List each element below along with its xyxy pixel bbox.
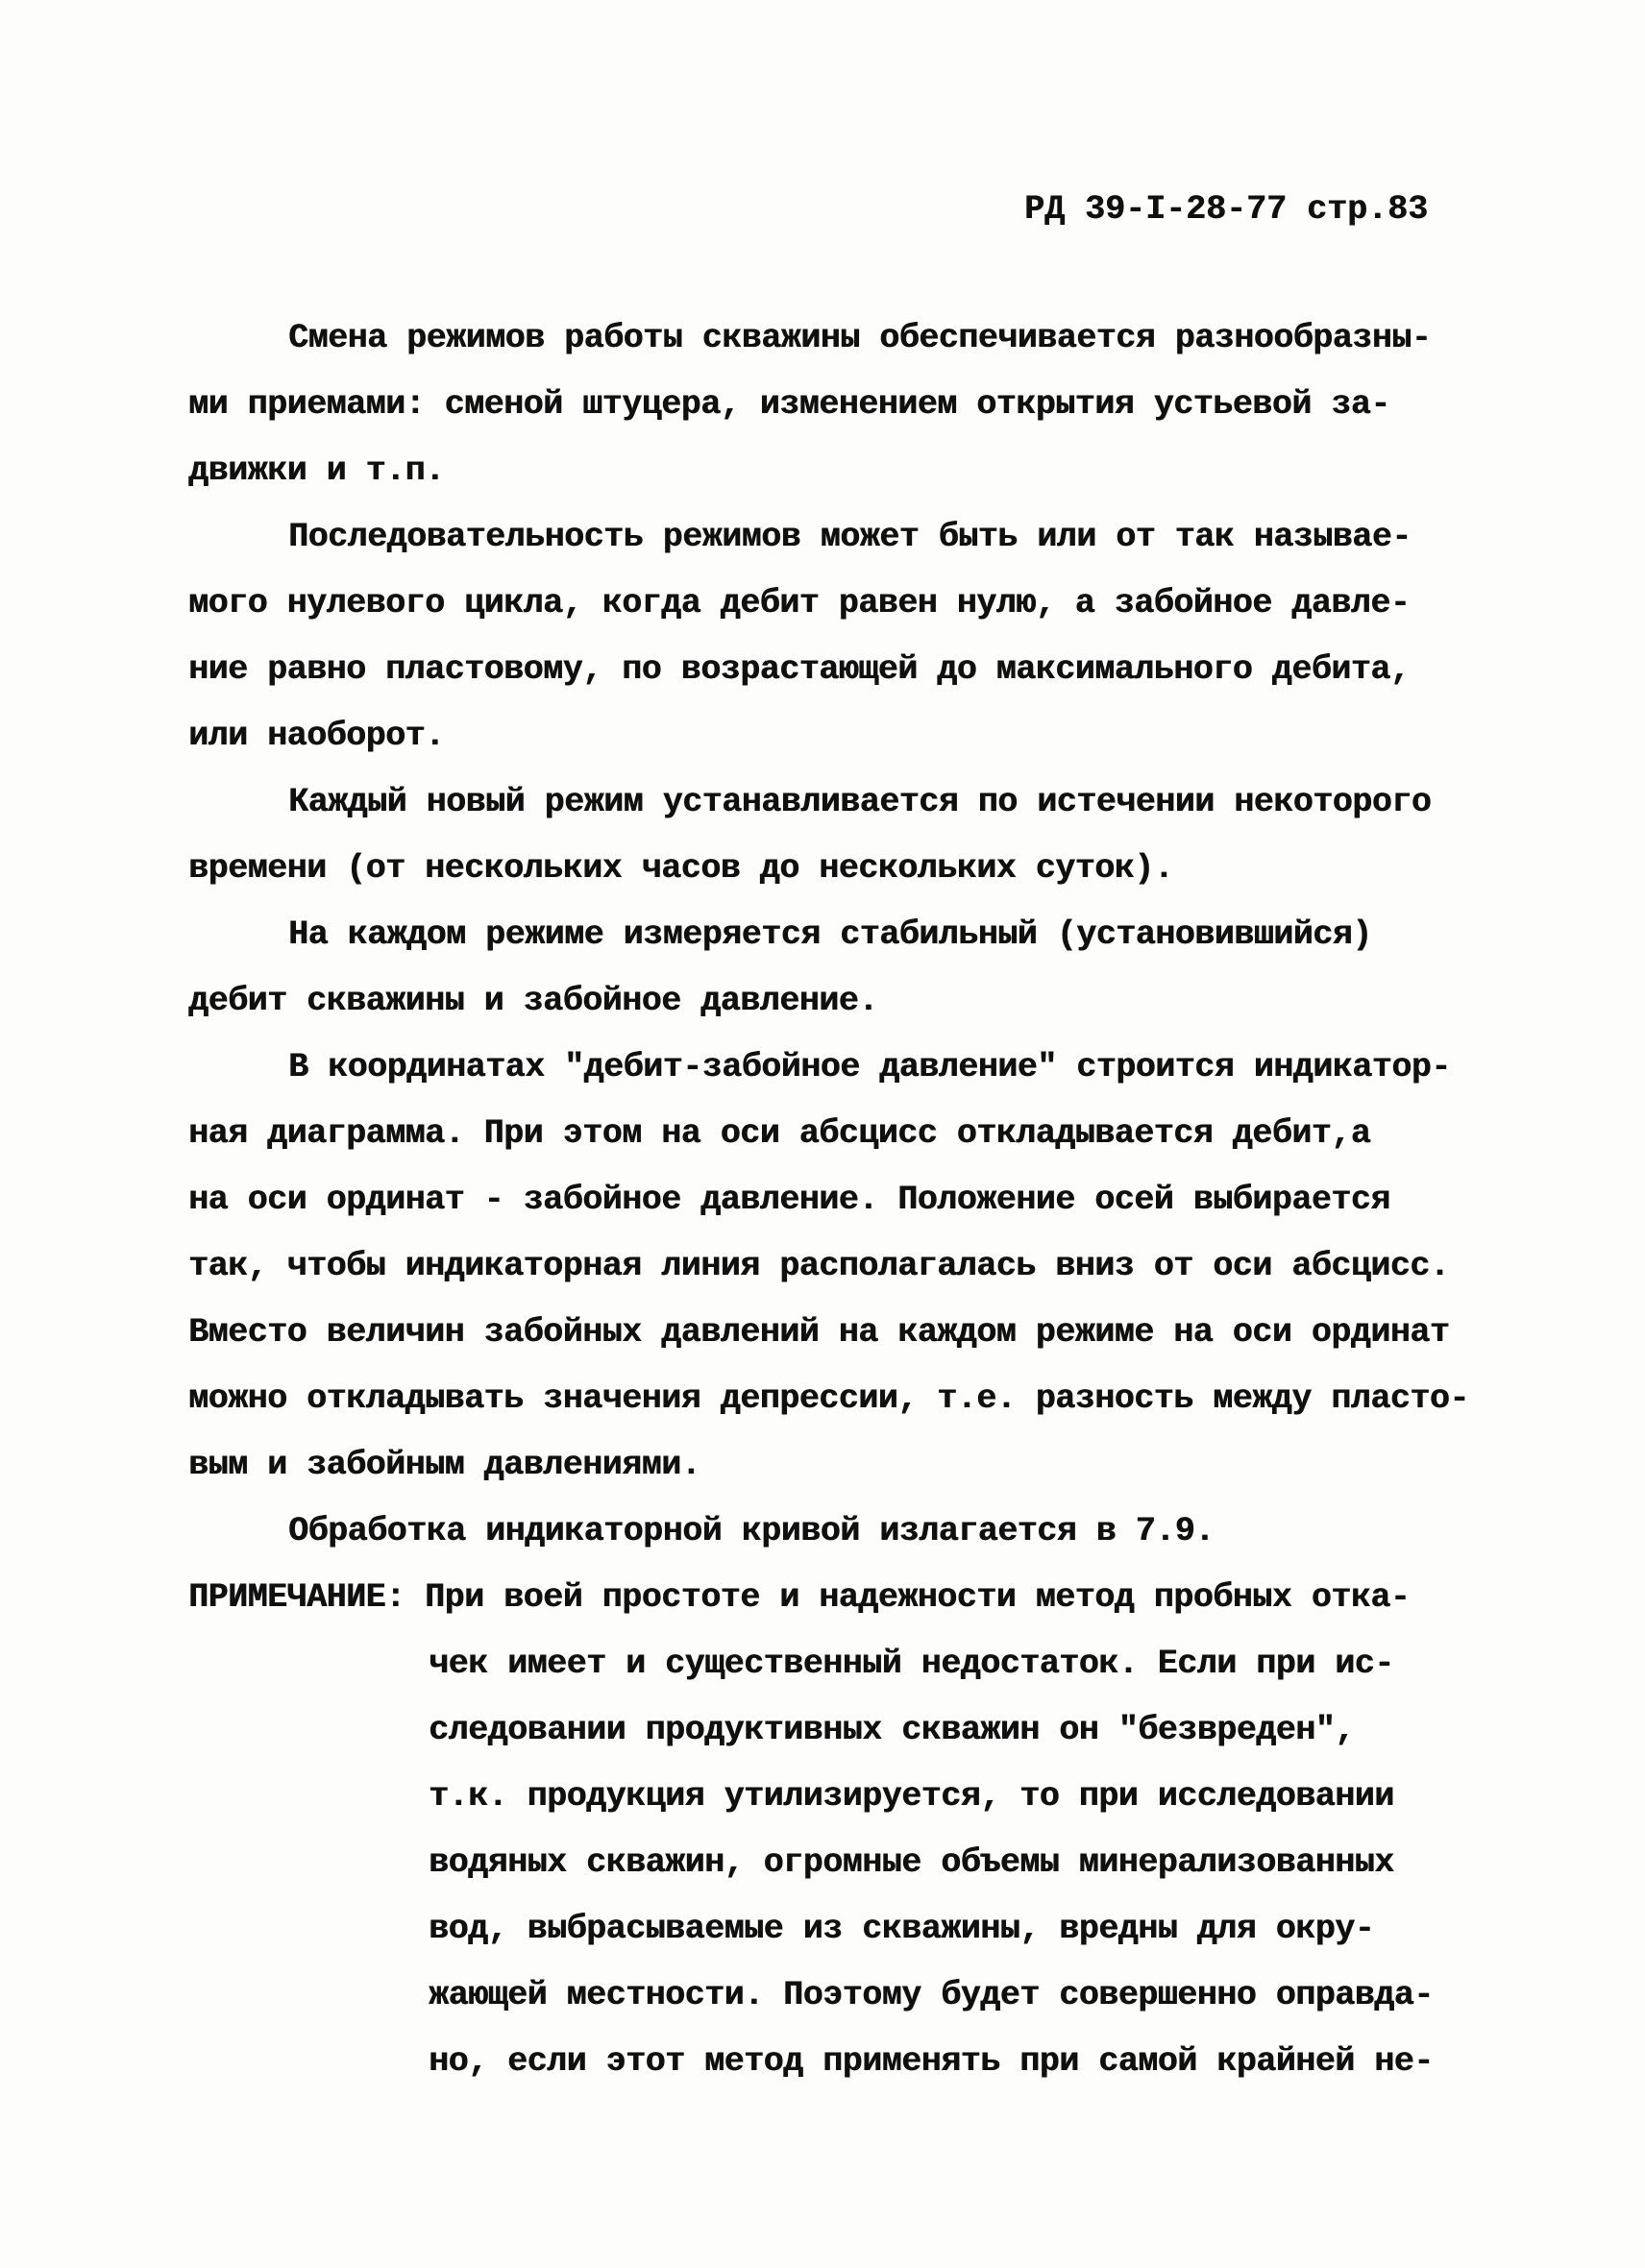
text-line: ние равно пластовому, по возрастающей до…	[188, 650, 1553, 717]
scanned-document-page: РД 39-I-28-77 стр.83 Смена режимов работ…	[0, 0, 1645, 2268]
text-line: чек имеет и существенный недостаток. Есл…	[188, 1645, 1553, 1711]
text-line: На каждом режиме измеряется стабильный (…	[188, 915, 1553, 982]
text-line: Каждый новый режим устанавливается по ис…	[188, 783, 1553, 849]
page-header: РД 39-I-28-77 стр.83	[1024, 190, 1428, 229]
text-line: можно откладывать значения депрессии, т.…	[188, 1379, 1553, 1446]
text-line: Смена режимов работы скважины обеспечива…	[188, 319, 1553, 385]
text-line: т.к. продукция утилизируется, то при исс…	[188, 1777, 1553, 1843]
text-line: В координатах "дебит-забойное давление" …	[188, 1048, 1553, 1114]
text-line: но, если этот метод применять при самой …	[188, 2042, 1553, 2109]
text-line: Вместо величин забойных давлений на кажд…	[188, 1313, 1553, 1379]
text-line: так, чтобы индикаторная линия располагал…	[188, 1247, 1553, 1313]
text-line: на оси ординат - забойное давление. Поло…	[188, 1181, 1553, 1247]
text-line: Последовательность режимов может быть ил…	[188, 518, 1553, 584]
text-line: времени (от нескольких часов до нескольк…	[188, 849, 1553, 915]
text-line: движки и т.п.	[188, 451, 1553, 518]
text-line: ПРИМЕЧАНИЕ: При воей простоте и надежнос…	[188, 1578, 1553, 1645]
text-line: мого нулевого цикла, когда дебит равен н…	[188, 584, 1553, 650]
text-line: Обработка индикаторной кривой излагается…	[188, 1512, 1553, 1578]
text-line: водяных скважин, огромные объемы минерал…	[188, 1843, 1553, 1910]
text-line: ми приемами: сменой штуцера, изменением …	[188, 385, 1553, 451]
text-line: следовании продуктивных скважин он "безв…	[188, 1711, 1553, 1777]
text-line: или наоборот.	[188, 717, 1553, 783]
document-text-block: Смена режимов работы скважины обеспечива…	[188, 319, 1553, 2109]
text-line: жающей местности. Поэтому будет совершен…	[188, 1976, 1553, 2042]
text-line: ная диаграмма. При этом на оси абсцисс о…	[188, 1114, 1553, 1181]
text-line: дебит скважины и забойное давление.	[188, 982, 1553, 1048]
text-line: вым и забойным давлениями.	[188, 1446, 1553, 1512]
text-line: вод, выбрасываемые из скважины, вредны д…	[188, 1910, 1553, 1976]
